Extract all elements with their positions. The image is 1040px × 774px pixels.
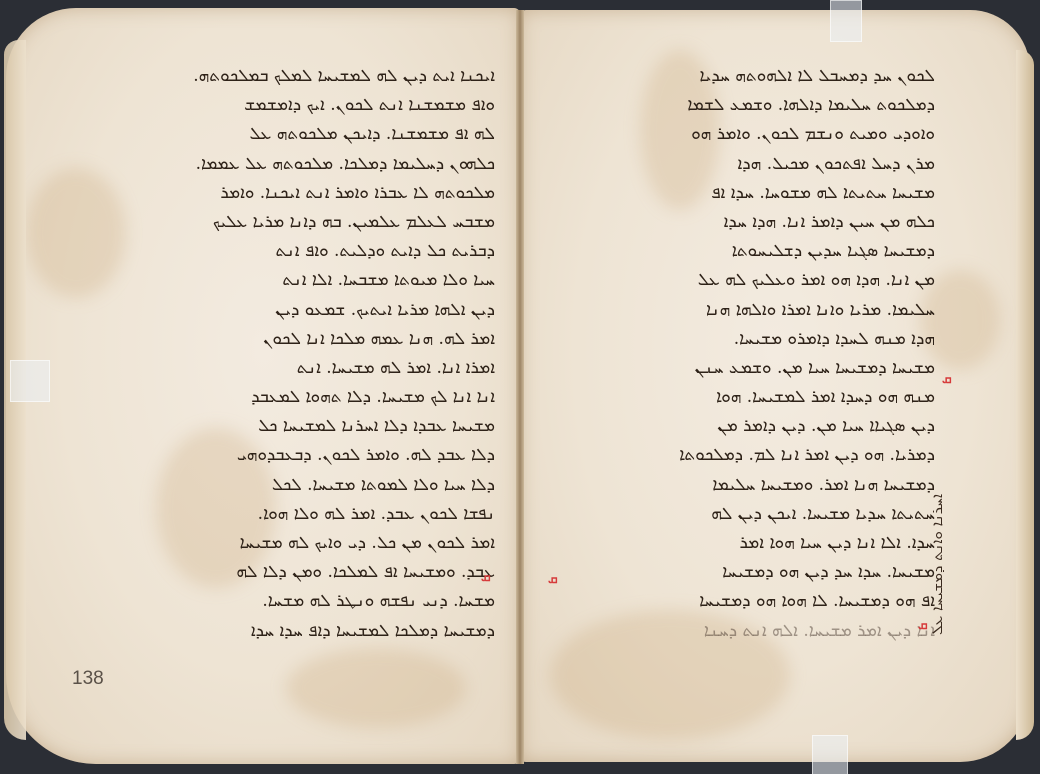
- text-line: ܕܡܫܝܚܐ ܗܢܐ ܐܡܪ. ܘܡܫܝܚܐ ܚܠܝܡܐ: [565, 471, 935, 500]
- right-page-text: ܠܟܘܢ ܚܕ ܕܡܚܒܠ ܠܐ ܐܠܗܘܬܗ ܚܕܝܐ ܕܡܠܟܘܬ ܚܠܝܡ…: [565, 62, 935, 646]
- binding-gutter: [516, 10, 524, 764]
- text-line: ܡܫܝܚܐ. ܚܕܐ ܚܕ ܕܝܢ ܗܘ ܕܡܫܝܚܐ: [565, 558, 935, 587]
- text-line: ܢܦܫܐ ܠܟܘܢ ܥܒܕ. ܐܡܪ ܠܗ ܘܠܐ ܗܘܐ.: [115, 500, 495, 529]
- text-line: ܕܡܠܟܘܬ ܚܠܝܡܐ ܕܐܠܗܐ. ܘܫܡܥ ܠܫܡܐ: [565, 91, 935, 120]
- text-line: ܐܝܟܢܐ ܐܝܬ ܕܝܢ ܠܗ ܠܡܫܝܚܐ ܠܡܠܟ ܒܡܠܟܘܬܗ.: [115, 62, 495, 91]
- text-line: ܡܢ ܐܢܐ. ܗܕܐ ܗܘ ܐܡܪ ܘܥܠܝܟ ܠܗ ܥܠ: [565, 266, 935, 295]
- text-line: ܠܟܘܢ ܚܕ ܕܡܚܒܠ ܠܐ ܐܠܗܘܬܗ ܚܕܝܐ: [565, 62, 935, 91]
- text-line: ܚܬܝܬܐ ܚܕܝܐ ܡܫܝܚܐ. ܐܝܟܢ ܕܝܢ ܠܗ: [565, 500, 935, 529]
- text-line: ܡܫܝܚܐ ܥܒܕܐ ܕܠܐ ܐܚܪܢܐ ܠܡܫܝܚܐ ܟܠ: [115, 412, 495, 441]
- text-line: ܕܝܢ ܣܓܝܐܐ ܚܝܐ ܡܢ. ܕܝܢ ܕܐܡܪ ܡܢ: [565, 412, 935, 441]
- right-page-edge: [1016, 50, 1034, 740]
- text-line: ܡܠܟܘܬܗ ܠܐ ܥܒܪܐ ܘܐܡܪ ܐܢܬ ܐܝܟܢܐ. ܘܐܡܪ: [115, 179, 495, 208]
- tape-top: [830, 0, 862, 42]
- text-line: ܡܫܚܐ. ܕܢܝ ܢܦܫܗ ܘܢܛܪ ܠܗ ܡܫܚܐ.: [115, 587, 495, 616]
- text-line: ܐܡܪ ܠܗ. ܗܢܐ ܥܡܗ ܡܠܟܐ ܐܢܐ ܠܟܘܢ: [115, 325, 495, 354]
- text-line: ܟܠܗ ܡܢ ܚܝܢ ܕܐܡܪ ܐܢܐ. ܗܕܐ ܚܕܐ: [565, 208, 935, 237]
- text-line: ܗܕܐ ܡܢܗ ܠܚܕܐ ܕܐܡܪܘ ܡܫܝܚܐ.: [565, 325, 935, 354]
- text-line: ܡܫܝܚܐ ܚܬܝܬܐ ܠܗ ܡܫܘܚܐ. ܚܕܐ ܐܦ: [565, 179, 935, 208]
- text-line: ܕܡܫܝܚܐ ܕܡܠܟܐ ܠܡܫܝܚܐ ܕܐܦ ܚܕܐ ܚܕܐ: [115, 617, 495, 646]
- text-line: ܚܠܝܡܐ. ܡܪܝܐ ܘܐܢܐ ܐܡܪܐ ܘܐܠܗܐ ܗܢܐ: [565, 296, 935, 325]
- text-line: ܘܐܘܕܝ ܘܡܝܬ ܘܢܫܡ ܠܟܘܢ. ܘܐܡܪ ܗܘ: [565, 120, 935, 149]
- text-line: ܐܡܪ ܠܟܘܢ ܡܢ ܟܠ. ܕܝ ܘܐܝܟ ܠܗ ܡܫܝܚܐ: [115, 529, 495, 558]
- text-line: ܕܝܢ ܐܠܗܐ ܡܪܝܐ ܐܝܬܝܟ. ܫܡܥܘ ܕܝܢ: [115, 296, 495, 325]
- text-line: ܕܠܐ ܚܝܐ ܘܠܐ ܠܡܘܬܐ ܡܫܝܚܐ. ܠܟܠ: [115, 471, 495, 500]
- rubric-mark: ܩ: [481, 570, 491, 585]
- text-line: ܚܝܐ ܘܠܐ ܡܝܘܬܐ ܡܫܒܚܐ. ܐܠܐ ܐܢܬ: [115, 266, 495, 295]
- text-line: ܐܦ ܗܘ ܕܡܫܝܚܐ. ܠܐ ܗܘܐ ܗܘ ܕܡܫܝܚܐ: [565, 587, 935, 616]
- text-line: ܥܒܕ. ܘܡܫܝܚܐ ܐܦ ܠܡܠܟܐ. ܘܡܢ ܕܠܐ ܠܗ: [115, 558, 495, 587]
- text-line: ܡܫܒܚ ܠܥܠܡ ܥܠܡܝܢ. ܒܗ ܕܐܢܐ ܡܪܝܐ ܥܠܝܟ: [115, 208, 495, 237]
- text-line: ܘܐܦ ܡܫܡܫܢܐ ܐܢܬ ܠܟܘܢ. ܐܝܟ ܕܐܡܫܡܫ: [115, 91, 495, 120]
- rubric-mark: ܩ: [918, 618, 928, 633]
- rubric-mark: ܩ: [548, 572, 558, 587]
- tape-bottom: [812, 735, 848, 774]
- marginal-note: ܐܚܪܢܐ ܘܐܢܬ ܕܡܫܝܚܐ ܥܠ: [928, 385, 958, 635]
- folio-number: 138: [72, 668, 104, 690]
- text-line: ܚܕܐ. ܐܠܐ ܐܢܐ ܕܝܢ ܚܝܐ ܗܘܐ ܐܡܪ: [565, 529, 935, 558]
- text-line: ܡܪܢ ܕܚܠ ܐܦܬܟܘܢ ܡܟܝܠ. ܗܕܐ: [565, 150, 935, 179]
- left-page-text: ܐܝܟܢܐ ܐܝܬ ܕܝܢ ܠܗ ܠܡܫܝܚܐ ܠܡܠܟ ܒܡܠܟܘܬܗ. ܘܐ…: [115, 62, 495, 646]
- text-line: ܐܢܐ ܐܢܐ ܠܟ ܡܫܝܚܐ. ܕܠܐ ܬܗܘܐ ܠܡܥܒܕ: [115, 383, 495, 412]
- rubric-mark: ܩ: [942, 372, 952, 387]
- tape-left: [10, 360, 50, 402]
- text-line: ܐܡܪܐ ܐܢܐ. ܐܡܪ ܠܗ ܡܫܝܚܐ. ܐܢܬ: [115, 354, 495, 383]
- text-line: ܡܫܝܚܐ ܕܡܫܝܚܐ ܚܝܐ ܡܢ. ܘܫܡܥ ܚܢܢ: [565, 354, 935, 383]
- text-line: ܡܢܗ ܗܘ ܕܚܕܐ ܐܡܪ ܠܡܫܝܚܐ. ܗܘܐ: [565, 383, 935, 412]
- text-line: ܕܡܫܝܚܐ ܣܓܝܐ ܚܕܝܢ ܕܫܠܝܚܘܬܐ: [565, 237, 935, 266]
- text-line: ܟܠܗܘܢ ܕܚܠܝܡܐ ܕܡܠܟܐ. ܡܠܟܘܬܗ ܥܠ ܥܡܡܐ.: [115, 150, 495, 179]
- text-line: ܕܡܪܝܐ. ܗܘ ܕܝܢ ܐܡܪ ܐܢܐ ܠܡ. ܕܡܠܟܘܬܐ: [565, 441, 935, 470]
- text-line: ܐܢܐ ܕܝܢ ܐܡܪ ܡܫܝܚܐ. ܐܠܗ ܐܢܬ ܕܚܢܐ: [565, 617, 935, 646]
- text-line: ܕܒܪܝܬ ܟܠ ܕܐܝܬ ܘܕܠܝܬ. ܘܐܦ ܐܢܬ: [115, 237, 495, 266]
- text-line: ܕܠܐ ܥܒܕ ܠܗ. ܘܐܡܪ ܠܟܘܢ. ܕܒܥܒܕܘܗܝ: [115, 441, 495, 470]
- text-line: ܠܗ ܐܦ ܡܫܡܫܢܐ. ܕܐܝܟܢ ܡܠܟܘܬܗ ܥܠ: [115, 120, 495, 149]
